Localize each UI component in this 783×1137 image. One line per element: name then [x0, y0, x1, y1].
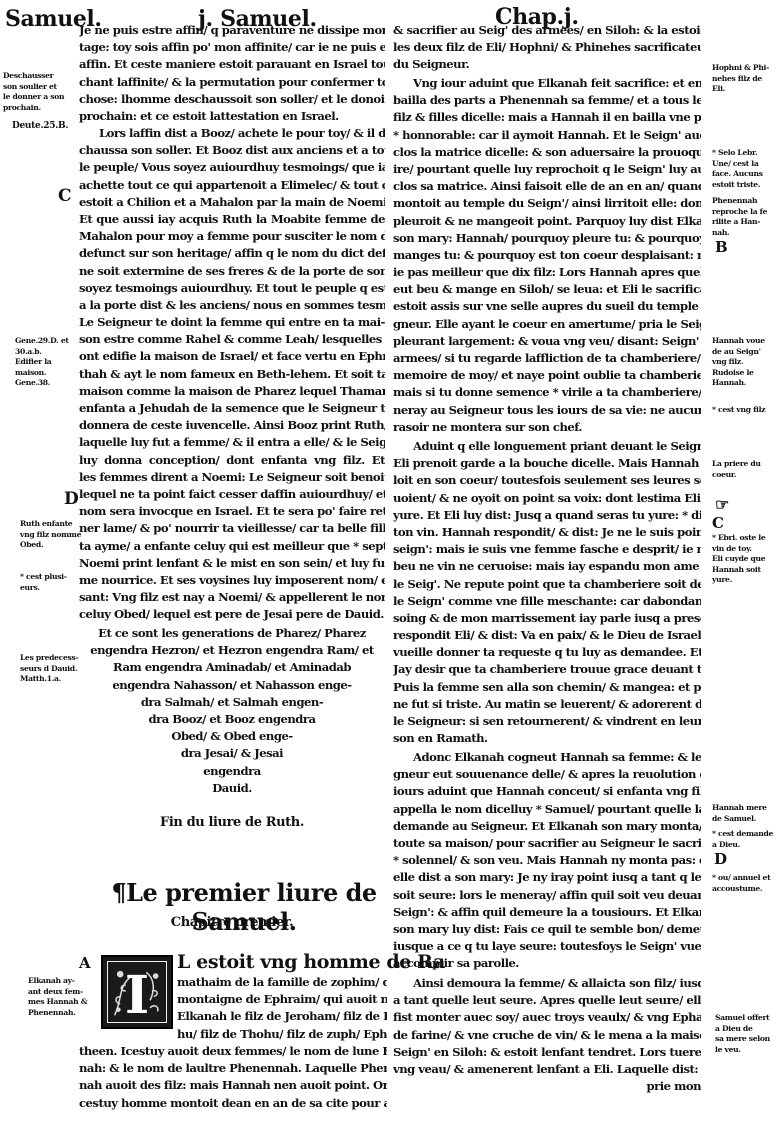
text-line: * honnorable: car il aymoit Hannah. Et l…	[393, 127, 701, 144]
margin-note-line: seurs d Dauid.	[20, 664, 78, 675]
margin-note-line: 30.a.b.	[15, 347, 69, 358]
margin-note-line: Les predecess-	[20, 653, 78, 664]
margin-note-line: face. Aucuns	[712, 169, 763, 180]
margin-note-line: Hophni & Phi-	[712, 63, 769, 74]
text-line: accomplir sa parolle.	[393, 955, 701, 972]
margin-note-line: vng filz nomme	[20, 530, 81, 541]
margin-note-line: estoit triste.	[712, 180, 763, 191]
text-line: estoit a Chilion et a Mahalon par la mai…	[79, 194, 385, 211]
text-line: * solennel/ & son veu. Mais Hannah ny mo…	[393, 852, 701, 869]
text-line: prie mon	[393, 1078, 701, 1095]
margin-note-samuel-offert: Samuel offerta Dieu desa mere selonle ve…	[715, 1013, 770, 1055]
margin-note-line: sa mere selon	[715, 1034, 770, 1045]
genealogy-block: Et ce sont les generations de Pharez/ Ph…	[79, 625, 385, 797]
text-line: yure. Et Eli luy dist: Jusq a quand sera…	[393, 507, 701, 524]
text-line: Obed/ & Obed enge-	[79, 728, 385, 745]
text-line: son mary luy dist: Fais ce quil te sembl…	[393, 921, 701, 938]
text-line: Jay desir que ta chamberiere trouue grac…	[393, 661, 701, 678]
text-line: nah: & le nom de laultre Phenennah. Laqu…	[79, 1060, 387, 1077]
margin-note-line: accoustume.	[712, 884, 770, 895]
margin-note-line: Deute.25.B.	[12, 121, 68, 132]
text-line: Vng iour aduint que Elkanah feit sacrifi…	[393, 75, 701, 92]
margin-letter-d-right: D	[714, 850, 727, 868]
text-line: Noemi print lenfant & le mist en son sei…	[79, 555, 385, 572]
margin-letter-c-right: C	[712, 514, 724, 532]
text-line: pleurant largement: & voua vng veu/ disa…	[393, 333, 701, 350]
margin-note-hannah-mere: Hannah merede Samuel.	[712, 803, 767, 824]
text-line: Je ne puis estre affin/ q paraventure ne…	[79, 22, 385, 39]
text-line: soyez tesmoings auiourdhuy. Et tout le p…	[79, 280, 385, 297]
text-line: nah auoit des filz: mais Hannah nen auoi…	[79, 1077, 387, 1094]
text-line: clos sa matrice. Ainsi faisoit elle de a…	[393, 178, 701, 195]
margin-note-line: Hannah voue	[712, 336, 765, 347]
margin-note-line: Ruth enfante	[20, 519, 81, 530]
margin-note-line: Hannah.	[712, 378, 765, 389]
text-line: iusque a ce q tu laye seure: toutesfoys …	[393, 938, 701, 955]
text-line: soing & de mon marrissement iay parle iu…	[393, 610, 701, 627]
text-line: neray au Seigneur tous les iours de sa v…	[393, 402, 701, 419]
margin-note-cest-plusieurs: * cest plusi-eurs.	[20, 572, 67, 593]
right-column-paragraph-5: Ainsi demoura la femme/ & allaicta son f…	[393, 975, 701, 1095]
text-line: maison comme la maison de Pharez lequel …	[79, 383, 385, 400]
text-line: & sacrifier au Seig' des armees/ en Silo…	[393, 22, 701, 39]
text-line: luy donna conception/ dont enfanta vng f…	[79, 452, 385, 469]
text-line: Elkanah le filz de Jeroham/ filz de Eli	[177, 1008, 387, 1025]
text-line: montoit au temple du Seign'/ ainsi lirri…	[393, 195, 701, 212]
margin-note-line: * Ebri. oste le	[712, 533, 765, 544]
margin-note-line: Hannah soit	[712, 565, 765, 576]
text-line: ta ayme/ a enfante celuy qui est meilleu…	[79, 538, 385, 555]
text-line: vueille donner ta requeste q tu luy as d…	[393, 644, 701, 661]
margin-note-line: Gene.38.	[15, 378, 69, 389]
text-line: le Seign' comme vne fille meschante: car…	[393, 593, 701, 610]
margin-note-line: Hannah mere	[712, 803, 767, 814]
margin-note-line: a Dieu.	[712, 840, 773, 851]
left-column-paragraph-1: Je ne puis estre affin/ q paraventure ne…	[79, 22, 385, 125]
margin-note-line: Eli cuyde que	[712, 554, 765, 565]
margin-letter-c: C	[58, 186, 71, 206]
margin-note-line: Elkanah ay-	[28, 976, 87, 987]
text-line: soit seure: lors le meneray/ affin quil …	[393, 887, 701, 904]
text-line: engendra Nahasson/ et Nahasson enge-	[79, 677, 385, 694]
text-line: theen. Icestuy auoit deux femmes/ le nom…	[79, 1043, 387, 1060]
text-line: Lors laffin dist a Booz/ achete le pour …	[79, 125, 385, 142]
chapter-first-line: L estoit vng homme de Ra	[177, 951, 387, 973]
margin-note-line: mes Hannah &	[28, 997, 87, 1008]
text-line: du Seigneur.	[393, 56, 701, 73]
text-line: son en Ramath.	[393, 730, 701, 747]
margin-note-line: a Dieu de	[715, 1024, 770, 1035]
right-column-paragraph-4: Adonc Elkanah cogneut Hannah sa femme: &…	[393, 749, 701, 972]
margin-note-line: coeur.	[712, 470, 761, 481]
text-line: son mary: Hannah/ pourquoy pleure tu: & …	[393, 230, 701, 247]
margin-note-cest-demande: * cest demandea Dieu.	[712, 829, 773, 850]
text-line: celuy Obed/ lequel est pere de Jesai per…	[79, 606, 385, 623]
margin-note-line: Phenennah	[712, 196, 767, 207]
margin-note-line: le veu.	[715, 1045, 770, 1056]
text-line: lequel ne ta point faict cesser daffin a…	[79, 486, 385, 503]
text-line: bailla des parts a Phenennah sa femme/ e…	[393, 92, 701, 109]
text-line: demande au Seigneur. Et Elkanah son mary…	[393, 818, 701, 835]
margin-note-hannah-voue: Hannah vouede au Seign'vng filz.Rudoise …	[712, 336, 765, 389]
margin-note-line: * cest vng filz	[712, 405, 765, 416]
text-line: sant: Vng filz est nay a Noemi/ & appell…	[79, 589, 385, 606]
text-line: Et ce sont les generations de Pharez/ Ph…	[79, 625, 385, 642]
text-line: respondit Eli/ & dist: Va en paix/ & le …	[393, 627, 701, 644]
text-line: uoient/ & ne oyoit on point sa voix: don…	[393, 490, 701, 507]
margin-note-line: eurs.	[20, 583, 67, 594]
text-line: prochain: et ce estoit lattestation en I…	[79, 108, 385, 125]
right-column-paragraph-2: Vng iour aduint que Elkanah feit sacrifi…	[393, 75, 701, 436]
text-line: son estre comme Rahel & comme Leah/ lesq…	[79, 331, 385, 348]
text-line: memoire de moy/ et naye point oublie ta …	[393, 367, 701, 384]
text-line: ne fut si triste. Au matin se leuerent/ …	[393, 696, 701, 713]
margin-note-line: vin de toy.	[712, 544, 765, 555]
text-line: Seign' en Siloh: & estoit lenfant tendre…	[393, 1044, 701, 1061]
pointing-hand-icon: ☞	[715, 495, 729, 514]
text-line: eut beu & mange en Siloh/ se leua: et El…	[393, 281, 701, 298]
text-line: tage: toy sois affin po' mon affinite/ c…	[79, 39, 385, 56]
text-line: toute sa maison/ pour sacrifier au Seign…	[393, 835, 701, 852]
text-line: Puis la femme sen alla son chemin/ & man…	[393, 679, 701, 696]
text-line: Mahalon pour moy a femme pour susciter l…	[79, 228, 385, 245]
margin-note-deut: Deute.25.B.	[12, 121, 68, 132]
margin-note-line: Samuel offert	[715, 1013, 770, 1024]
margin-note-line: Une/ cest la	[712, 159, 763, 170]
text-line: seign': mais ie suis vne femme fasche e …	[393, 541, 701, 558]
text-line: appella le nom dicelluy * Samuel/ pourta…	[393, 801, 701, 818]
margin-note-line: ant deux fem-	[28, 987, 87, 998]
margin-note-line: * ou/ annuel et	[712, 873, 770, 884]
text-line: nom sera invocque en Israel. Et te sera …	[79, 503, 385, 520]
text-line: hu/ filz de Thohu/ filz de zuph/ Ephra	[177, 1026, 387, 1043]
margin-letter-d: D	[64, 489, 78, 509]
text-line: mais si tu donne semence * virile a ta c…	[393, 384, 701, 401]
margin-note-line: Obed.	[20, 540, 81, 551]
text-line: chose: lhomme deschaussoit son soller/ e…	[79, 91, 385, 108]
margin-note-line: yure.	[712, 575, 765, 586]
decorated-initial: I	[101, 955, 173, 1029]
text-line: Adonc Elkanah cogneut Hannah sa femme: &…	[393, 749, 701, 766]
margin-note-line: * Selo Lebr.	[712, 148, 763, 159]
text-line: engendra	[79, 763, 385, 780]
pilcrow-icon: ¶	[111, 878, 126, 907]
text-line: Ainsi demoura la femme/ & allaicta son f…	[393, 975, 701, 992]
margin-note-line: La priere du	[712, 459, 761, 470]
margin-note-line: de au Seign'	[712, 347, 765, 358]
margin-note-phenennah: Phenennahreproche la ferilite a Han-nah.	[712, 196, 767, 238]
initial-letter: I	[103, 965, 171, 1026]
text-line: les deux filz de Eli/ Hophni/ & Phinehes…	[393, 39, 701, 56]
margin-letter-b: B	[715, 238, 727, 256]
text-line: beu ne vin ne ceruoise: mais iay espandu…	[393, 558, 701, 575]
text-line: laquelle luy fut a femme/ & il entra a e…	[79, 434, 385, 451]
text-line: le Seig'. Ne repute point que ta chamber…	[393, 576, 701, 593]
margin-letter-a: A	[79, 954, 90, 972]
text-line: dra Salmah/ et Salmah engen-	[79, 694, 385, 711]
text-line: me nourrice. Et ses voysines luy imposer…	[79, 572, 385, 589]
margin-note-annuel: * ou/ annuel etaccoustume.	[712, 873, 770, 894]
text-line: engendra Hezron/ et Hezron engendra Ram/…	[79, 642, 385, 659]
text-line: gneur. Elle ayant le coeur en amertume/ …	[393, 316, 701, 333]
text-line: ner lame/ & po' nourrir ta vieillesse/ c…	[79, 520, 385, 537]
left-column-paragraph-2: Lors laffin dist a Booz/ achete le pour …	[79, 125, 385, 623]
right-column-paragraph-3: Aduint q elle longuement priant deuant l…	[393, 438, 701, 747]
margin-note-line: Gene.29.D. et	[15, 336, 69, 347]
text-line: donnera de ceste iuvencelle. Ainsi Booz …	[79, 417, 385, 434]
margin-note-line: Matth.1.a.	[20, 674, 78, 685]
margin-note-line: Edifier la	[15, 357, 69, 368]
margin-note-line: son soulier et	[3, 82, 64, 93]
text-line: iours aduint que Hannah conceut/ si enfa…	[393, 783, 701, 800]
margin-note-line: Deschausser	[3, 71, 64, 82]
margin-note-line: maison.	[15, 368, 69, 379]
chapter-heading: Chapitre premier.	[79, 915, 385, 930]
margin-note-line: Phenennah.	[28, 1008, 87, 1019]
text-line: a tant quelle leut seure. Apres quelle l…	[393, 992, 701, 1009]
margin-note-line: Rudoise le	[712, 368, 765, 379]
text-line: chaussa son soller. Et Booz dist aux anc…	[79, 142, 385, 159]
text-line: vng veau/ & amenerent lenfant a Eli. Laq…	[393, 1061, 701, 1078]
text-line: Et que aussi iay acquis Ruth la Moabite …	[79, 211, 385, 228]
text-line: defunct sur son heritage/ affin q le nom…	[79, 245, 385, 262]
text-line: clos la matrice dicelle: & son aduersair…	[393, 144, 701, 161]
text-line: Dauid.	[79, 780, 385, 797]
text-line: chant laffinite/ & la permutation pour c…	[79, 74, 385, 91]
text-line: montaigne de Ephraim/ qui auoit nom	[177, 991, 387, 1008]
margin-note-line: * cest plusi-	[20, 572, 67, 583]
text-line: Seign': & affin quil demeure la a tousio…	[393, 904, 701, 921]
margin-note-ruth-enfante: Ruth enfantevng filz nommeObed.	[20, 519, 81, 551]
text-line: le Seigneur: si sen retournerent/ & vind…	[393, 713, 701, 730]
margin-note-line: vng filz.	[712, 357, 765, 368]
text-line: pleuroit & ne mangeoit point. Parquoy lu…	[393, 213, 701, 230]
text-line: ire/ pourtant quelle luy reprochoit q le…	[393, 161, 701, 178]
margin-note-elkanah: Elkanah ay-ant deux fem-mes Hannah &Phen…	[28, 976, 87, 1018]
margin-note-la-priere: La priere ducoeur.	[712, 459, 761, 480]
margin-note-line: rilite a Han-	[712, 217, 767, 228]
text-line: mathaim de la famille de zophim/ de la	[177, 974, 387, 991]
text-line: armees/ si tu regarde laffliction de ta …	[393, 350, 701, 367]
margin-note-line: le donner a son	[3, 92, 64, 103]
margin-note-ebri: * Ebri. oste levin de toy.Eli cuyde queH…	[712, 533, 765, 586]
text-line: thah & ayt le nom fameux en Beth-lehem. …	[79, 366, 385, 383]
margin-note-line: nehes filz de	[712, 74, 769, 85]
chapter-text-beside-initial: mathaim de la famille de zophim/ de lamo…	[177, 974, 387, 1043]
margin-note-line: Eli.	[712, 84, 769, 95]
text-line: ne soit extermine de ses freres & de la …	[79, 263, 385, 280]
text-line: le peuple/ Vous soyez auiourdhuy tesmoin…	[79, 159, 385, 176]
right-column-paragraph-1: & sacrifier au Seig' des armees/ en Silo…	[393, 22, 701, 74]
text-line: Aduint q elle longuement priant deuant l…	[393, 438, 701, 455]
margin-note-hophni: Hophni & Phi-nehes filz deEli.	[712, 63, 769, 95]
text-line: filz & filles dicelle: mais a Hannah il …	[393, 109, 701, 126]
explicit-ruth: Fin du liure de Ruth.	[79, 815, 385, 830]
text-line: enfanta a Jehudah de la semence que le S…	[79, 400, 385, 417]
text-line: Ram engendra Aminadab/ et Aminadab	[79, 659, 385, 676]
text-line: de farine/ & vne cruche de vin/ & le men…	[393, 1027, 701, 1044]
margin-note-line: reproche la fe	[712, 207, 767, 218]
margin-note-line: prochain.	[3, 103, 64, 114]
text-line: manges tu: & pourquoy est ton coeur desp…	[393, 247, 701, 264]
text-line: achette tout ce qui appartenoit a Elimel…	[79, 177, 385, 194]
text-line: Le Seigneur te doint la femme qui entre …	[79, 314, 385, 331]
margin-note-line: * cest demande	[712, 829, 773, 840]
margin-note-deschausser: Deschausserson soulier etle donner a son…	[3, 71, 64, 113]
text-line: cestuy homme montoit dean en an de sa ci…	[79, 1095, 387, 1112]
margin-note-selon-lebr: * Selo Lebr.Une/ cest laface. Aucunsesto…	[712, 148, 763, 190]
text-line: a la porte dist & les anciens/ nous en s…	[79, 297, 385, 314]
margin-note-line: de Samuel.	[712, 814, 767, 825]
text-line: ie pas meilleur que dix filz: Lors Hanna…	[393, 264, 701, 281]
margin-note-gene: Gene.29.D. et30.a.b.Edifier lamaison.Gen…	[15, 336, 69, 389]
text-line: dra Jesai/ & Jesai	[79, 745, 385, 762]
text-line: loit en son coeur/ toutesfois seulement …	[393, 472, 701, 489]
text-line: estoit assis sur vne selle aupres du sue…	[393, 298, 701, 315]
chapter-text: theen. Icestuy auoit deux femmes/ le nom…	[79, 1043, 387, 1112]
text-line: les femmes dirent a Noemi: Le Seigneur s…	[79, 469, 385, 486]
text-line: ton vin. Hannah respondit/ & dist: Je ne…	[393, 524, 701, 541]
text-line: dra Booz/ et Booz engendra	[79, 711, 385, 728]
margin-note-line: nah.	[712, 228, 767, 239]
text-line: Eli prenoit garde a la bouche dicelle. M…	[393, 455, 701, 472]
margin-note-cest-vng-filz: * cest vng filz	[712, 405, 765, 416]
text-line: gneur eut souuenance delle/ & apres la r…	[393, 766, 701, 783]
text-line: rasoir ne montera sur son chef.	[393, 419, 701, 436]
margin-note-predecesseurs: Les predecess-seurs d Dauid.Matth.1.a.	[20, 653, 78, 685]
text-line: elle dist a son mary: Je ny iray point i…	[393, 869, 701, 886]
text-line: ont edifie la maison de Israel/ et face …	[79, 348, 385, 365]
text-line: fist monter auec soy/ auec troys veaulx/…	[393, 1009, 701, 1026]
text-line: affin. Et ceste maniere estoit parauant …	[79, 56, 385, 73]
